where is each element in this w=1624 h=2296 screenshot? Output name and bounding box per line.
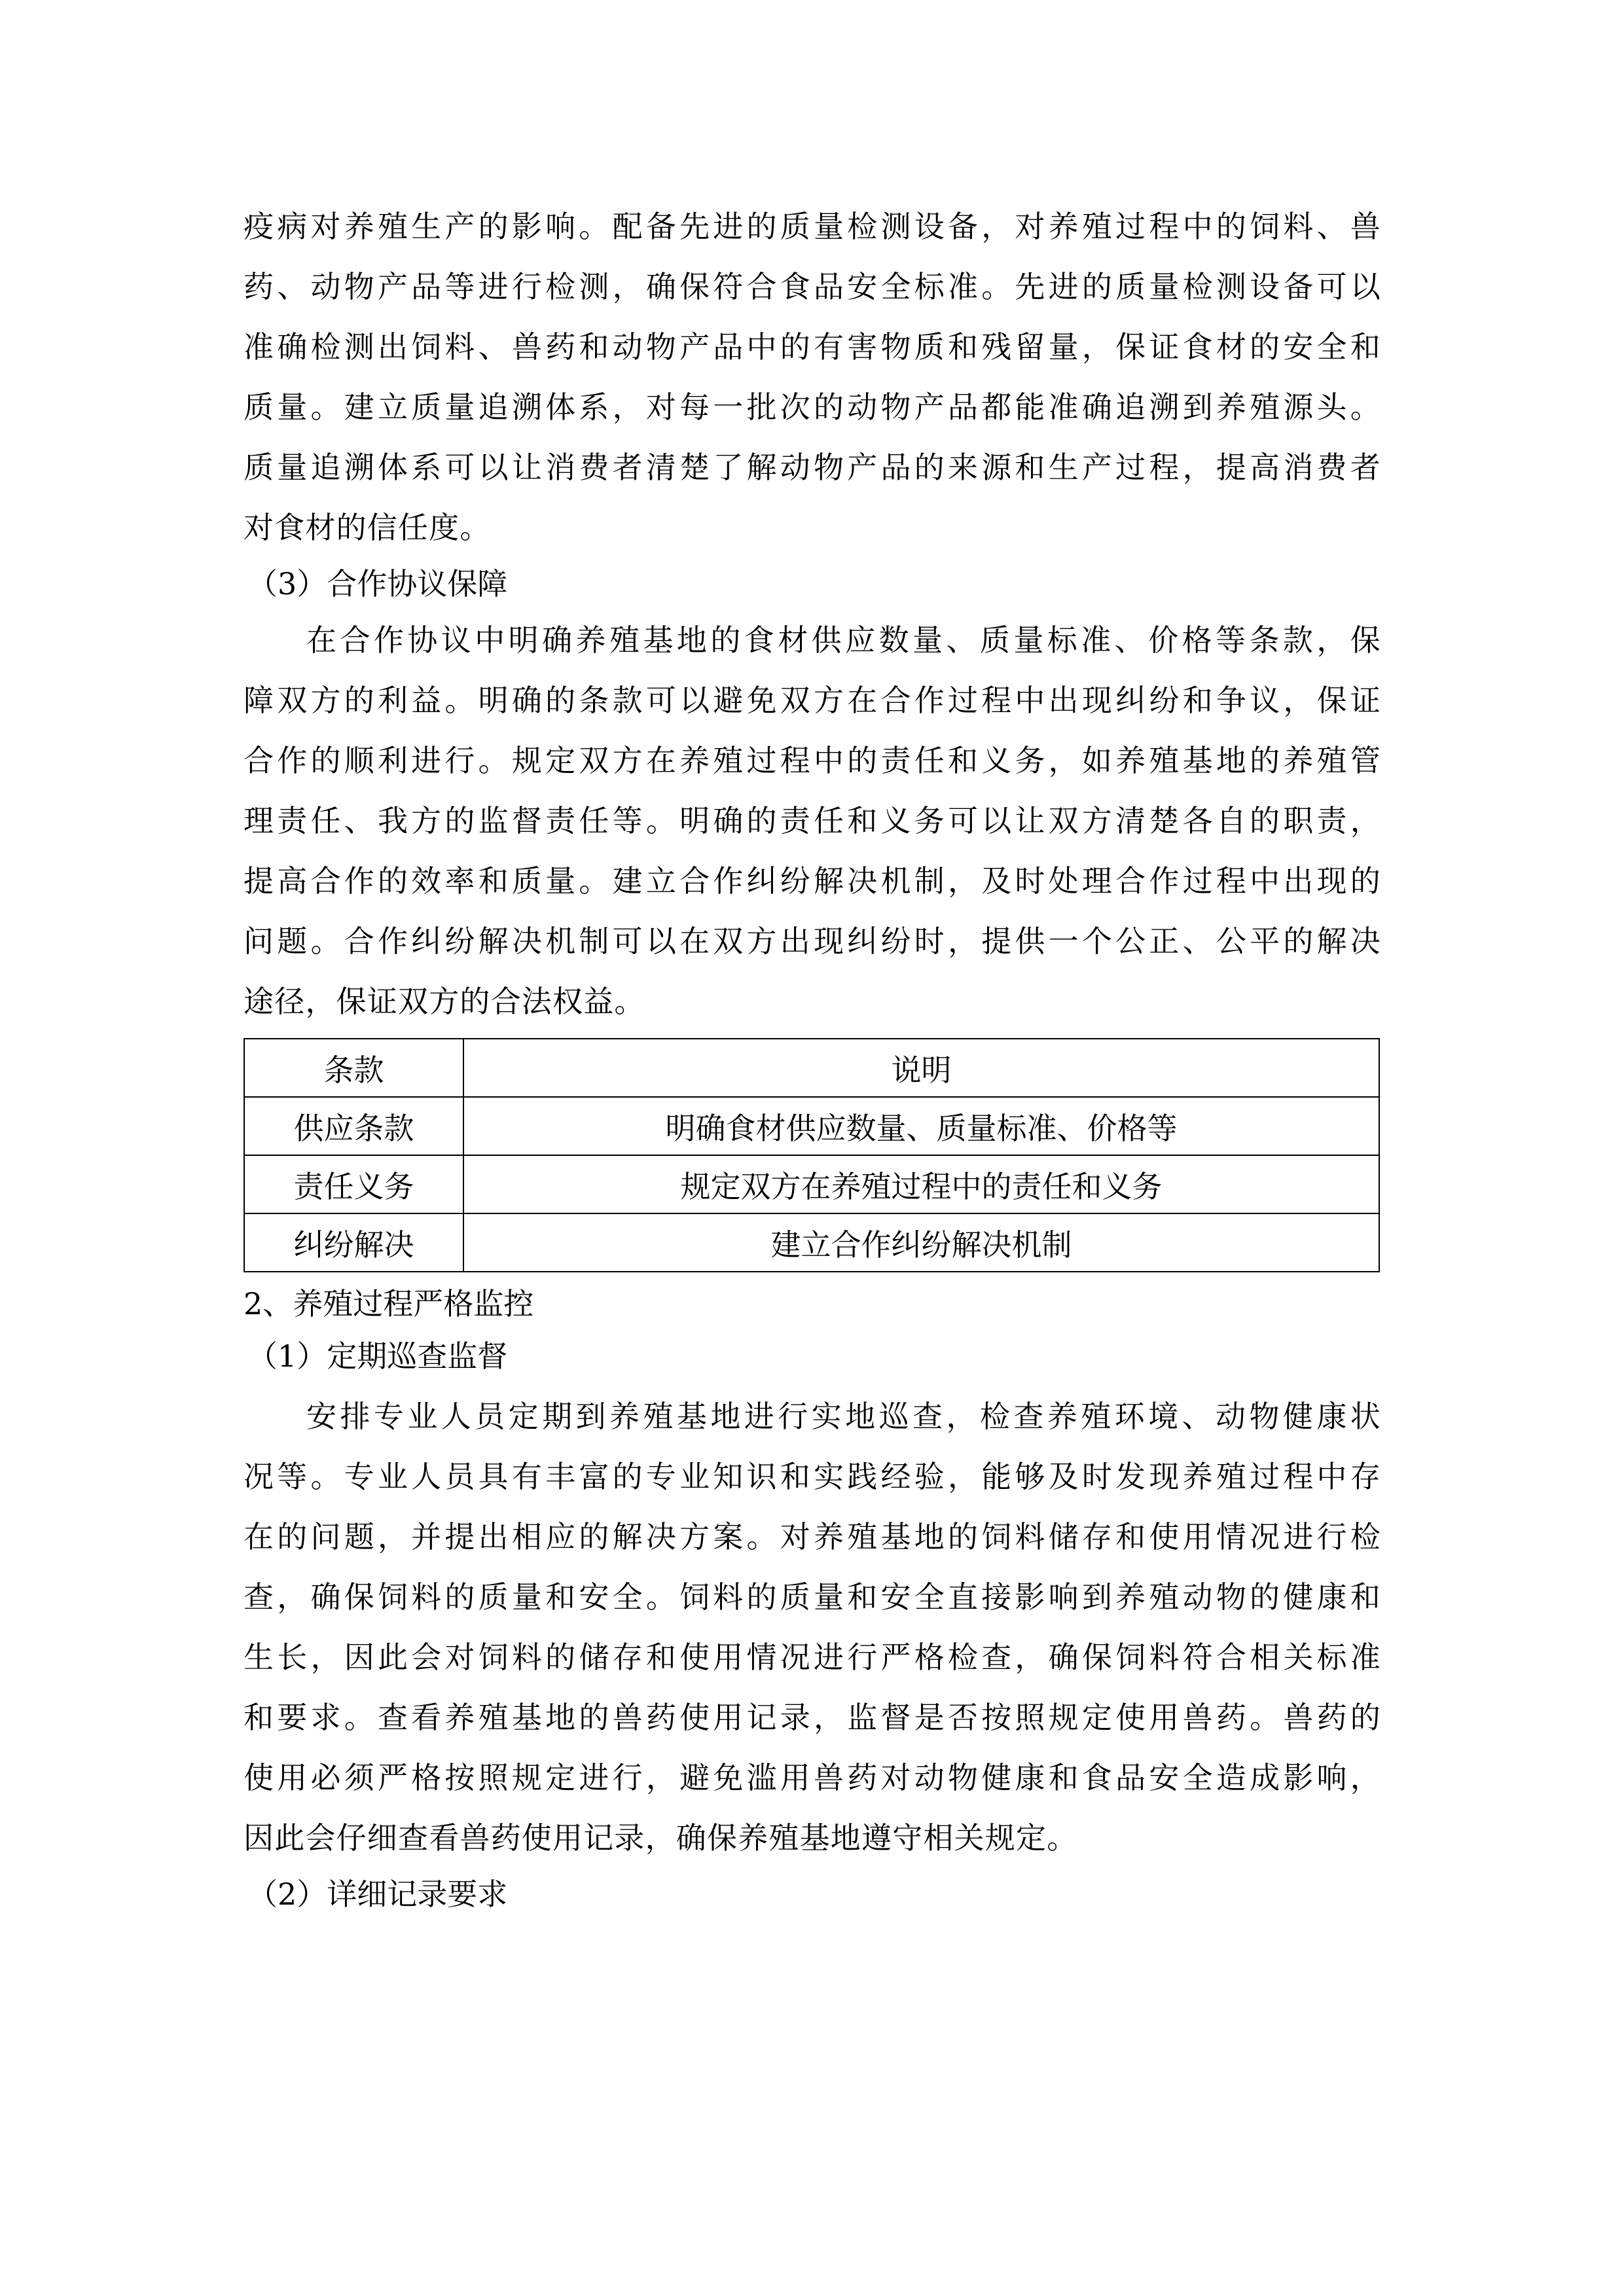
text-line: 使用必须严格按照规定进行，避免滥用兽药对动物健康和食品安全造成影响， xyxy=(244,1748,1381,1808)
text-line: 合作的顺利进行。规定双方在养殖过程中的责任和义务，如养殖基地的养殖管 xyxy=(244,730,1381,791)
table-cell: 责任义务 xyxy=(244,1155,463,1213)
table-cell: 规定双方在养殖过程中的责任和义务 xyxy=(463,1155,1379,1213)
table-cell: 明确食材供应数量、质量标准、价格等 xyxy=(463,1097,1379,1155)
subheading-detailed-records: （2）详细记录要求 xyxy=(244,1868,1381,1920)
agreement-terms-table: 条款 说明 供应条款 明确食材供应数量、质量标准、价格等 责任义务 规定双方在养… xyxy=(244,1038,1380,1272)
paragraph-quality-testing: 疫病对养殖生产的影响。配备先进的质量检测设备，对养殖过程中的饲料、兽 药、动物产… xyxy=(244,196,1381,558)
text-line: 途径，保证双方的合法权益。 xyxy=(244,971,1381,1031)
table-cell: 供应条款 xyxy=(244,1097,463,1155)
text-line: 和要求。查看养殖基地的兽药使用记录，监督是否按照规定使用兽药。兽药的 xyxy=(244,1687,1381,1748)
table-header-cell: 说明 xyxy=(463,1039,1379,1097)
text-line: 理责任、我方的监督责任等。明确的责任和义务可以让双方清楚各自的职责， xyxy=(244,791,1381,851)
table-row: 供应条款 明确食材供应数量、质量标准、价格等 xyxy=(244,1097,1379,1155)
text-line: 对食材的信任度。 xyxy=(244,497,1381,558)
text-line: 况等。专业人员具有丰富的专业知识和实践经验，能够及时发现养殖过程中存 xyxy=(244,1446,1381,1507)
table-cell: 纠纷解决 xyxy=(244,1213,463,1272)
text-line: 障双方的利益。明确的条款可以避免双方在合作过程中出现纠纷和争议，保证 xyxy=(244,670,1381,730)
text-line: 问题。合作纠纷解决机制可以在双方出现纠纷时，提供一个公正、公平的解决 xyxy=(244,911,1381,971)
subheading-cooperation-agreement: （3）合作协议保障 xyxy=(244,558,1381,610)
text-line: 生长，因此会对饲料的储存和使用情况进行严格检查，确保饲料符合相关标准 xyxy=(244,1627,1381,1687)
text-line: 查，确保饲料的质量和安全。饲料的质量和安全直接影响到养殖动物的健康和 xyxy=(244,1567,1381,1627)
paragraph-cooperation-agreement: 在合作协议中明确养殖基地的食材供应数量、质量标准、价格等条款，保 障双方的利益。… xyxy=(244,610,1381,1031)
text-line: 安排专业人员定期到养殖基地进行实地巡查，检查养殖环境、动物健康状 xyxy=(244,1386,1381,1446)
text-line: 提高合作的效率和质量。建立合作纠纷解决机制，及时处理合作过程中出现的 xyxy=(244,851,1381,911)
subheading-regular-inspection: （1）定期巡查监督 xyxy=(244,1330,1381,1382)
section-heading-process-monitoring: 2、养殖过程严格监控 xyxy=(244,1278,1381,1330)
table-header-cell: 条款 xyxy=(244,1039,463,1097)
text-line: 在的问题，并提出相应的解决方案。对养殖基地的饲料储存和使用情况进行检 xyxy=(244,1507,1381,1567)
text-line: 质量追溯体系可以让消费者清楚了解动物产品的来源和生产过程，提高消费者 xyxy=(244,437,1381,497)
text-line: 疫病对养殖生产的影响。配备先进的质量检测设备，对养殖过程中的饲料、兽 xyxy=(244,196,1381,257)
table-row: 责任义务 规定双方在养殖过程中的责任和义务 xyxy=(244,1155,1379,1213)
text-line: 准确检测出饲料、兽药和动物产品中的有害物质和残留量，保证食材的安全和 xyxy=(244,317,1381,377)
table-row: 纠纷解决 建立合作纠纷解决机制 xyxy=(244,1213,1379,1272)
table-header-row: 条款 说明 xyxy=(244,1039,1379,1097)
text-line: 药、动物产品等进行检测，确保符合食品安全标准。先进的质量检测设备可以 xyxy=(244,257,1381,317)
table-cell: 建立合作纠纷解决机制 xyxy=(463,1213,1379,1272)
text-line: 因此会仔细查看兽药使用记录，确保养殖基地遵守相关规定。 xyxy=(244,1808,1381,1868)
paragraph-regular-inspection: 安排专业人员定期到养殖基地进行实地巡查，检查养殖环境、动物健康状 况等。专业人员… xyxy=(244,1386,1381,1868)
document-page: 疫病对养殖生产的影响。配备先进的质量检测设备，对养殖过程中的饲料、兽 药、动物产… xyxy=(244,196,1381,1920)
text-line: 在合作协议中明确养殖基地的食材供应数量、质量标准、价格等条款，保 xyxy=(244,610,1381,670)
text-line: 质量。建立质量追溯体系，对每一批次的动物产品都能准确追溯到养殖源头。 xyxy=(244,377,1381,437)
